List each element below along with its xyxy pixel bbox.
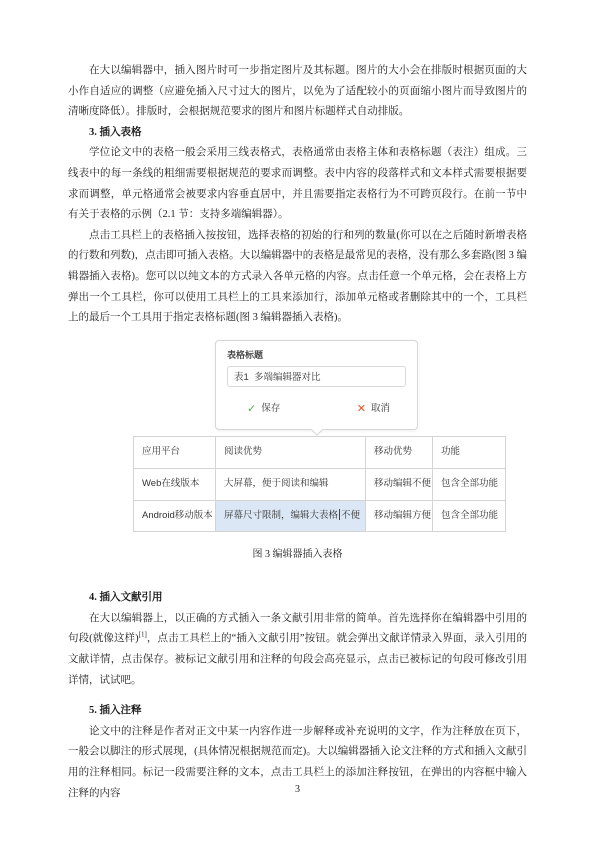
table-header-row: 应用平台 阅读优势 移动优势 功能	[134, 437, 506, 469]
comparison-table: 应用平台 阅读优势 移动优势 功能 Web在线版本 大屏幕，便于阅读和编辑 移动…	[133, 436, 506, 532]
paragraph-table-intro: 学位论文中的表格一般会采用三线表格式，表格通常由表格主体和表格标题（表注）组成。…	[68, 143, 527, 225]
header-cell-mobile[interactable]: 移动优势	[366, 437, 433, 469]
cancel-button-label: 取消	[371, 399, 390, 420]
cell-android-mobile[interactable]: 移动编辑方便	[366, 500, 433, 532]
save-button-label: 保存	[261, 399, 280, 420]
heading-insert-footnote: 5. 插入注释	[68, 701, 527, 722]
header-cell-features[interactable]: 功能	[433, 437, 506, 469]
cell-android-platform[interactable]: Android移动版本	[134, 500, 216, 532]
close-icon: ✕	[357, 404, 366, 415]
check-icon: ✓	[247, 404, 256, 415]
citation-marker: [1]	[139, 631, 147, 639]
cancel-button[interactable]: ✕ 取消	[357, 399, 390, 420]
active-cell-text-after-caret: 不便	[341, 510, 360, 521]
header-cell-platform[interactable]: 应用平台	[134, 437, 216, 469]
popup-pointer-arrow	[310, 424, 323, 437]
paragraph-insert-image: 在大以编辑器中，插入图片时可一步指定图片及其标题。图片的大小会在排版时根据页面的…	[68, 61, 527, 123]
cell-android-reading-active[interactable]: 屏幕尺寸限制，编辑大表格不便	[216, 500, 366, 532]
table-caption-label: 表格标题	[227, 349, 406, 361]
table-caption-popup: 表格标题 ✓ 保存 ✕ 取消	[215, 340, 418, 431]
page-content: 在大以编辑器中，插入图片时可一步指定图片及其标题。图片的大小会在排版时根据页面的…	[68, 61, 527, 804]
heading-insert-table: 3. 插入表格	[68, 123, 527, 144]
heading-insert-citation: 4. 插入文献引用	[68, 588, 527, 609]
text-cursor	[339, 509, 340, 520]
table-row: Android移动版本 屏幕尺寸限制，编辑大表格不便 移动编辑方便 包含全部功能	[134, 500, 506, 532]
paragraph-table-usage: 点击工具栏上的表格插入按按钮，选择表格的初始的行和列的数量(你可以在之后随时新增…	[68, 226, 527, 329]
figure-caption: 图 3 编辑器插入表格	[68, 548, 527, 562]
table-row: Web在线版本 大屏幕，便于阅读和编辑 移动编辑不便 包含全部功能	[134, 469, 506, 501]
paragraph-citation: 在大以编辑器上，以正确的方式插入一条文献引用非常的简单。首先选择你在编辑器中引用…	[68, 609, 527, 691]
header-cell-reading[interactable]: 阅读优势	[216, 437, 366, 469]
cell-android-features[interactable]: 包含全部功能	[433, 500, 506, 532]
cell-web-features[interactable]: 包含全部功能	[433, 469, 506, 501]
save-button[interactable]: ✓ 保存	[247, 399, 280, 420]
popup-actions: ✓ 保存 ✕ 取消	[227, 399, 406, 420]
cell-web-mobile[interactable]: 移动编辑不便	[366, 469, 433, 501]
document-page: 在大以编辑器中，插入图片时可一步指定图片及其标题。图片的大小会在排版时根据页面的…	[0, 0, 595, 842]
figure-editor-insert-table: 表格标题 ✓ 保存 ✕ 取消	[133, 340, 505, 532]
table-caption-input[interactable]	[227, 366, 406, 387]
cell-web-reading[interactable]: 大屏幕，便于阅读和编辑	[216, 469, 366, 501]
active-cell-text-before-caret: 屏幕尺寸限制，编辑大表格	[224, 510, 338, 521]
cell-web-platform[interactable]: Web在线版本	[134, 469, 216, 501]
page-number: 3	[0, 784, 595, 795]
